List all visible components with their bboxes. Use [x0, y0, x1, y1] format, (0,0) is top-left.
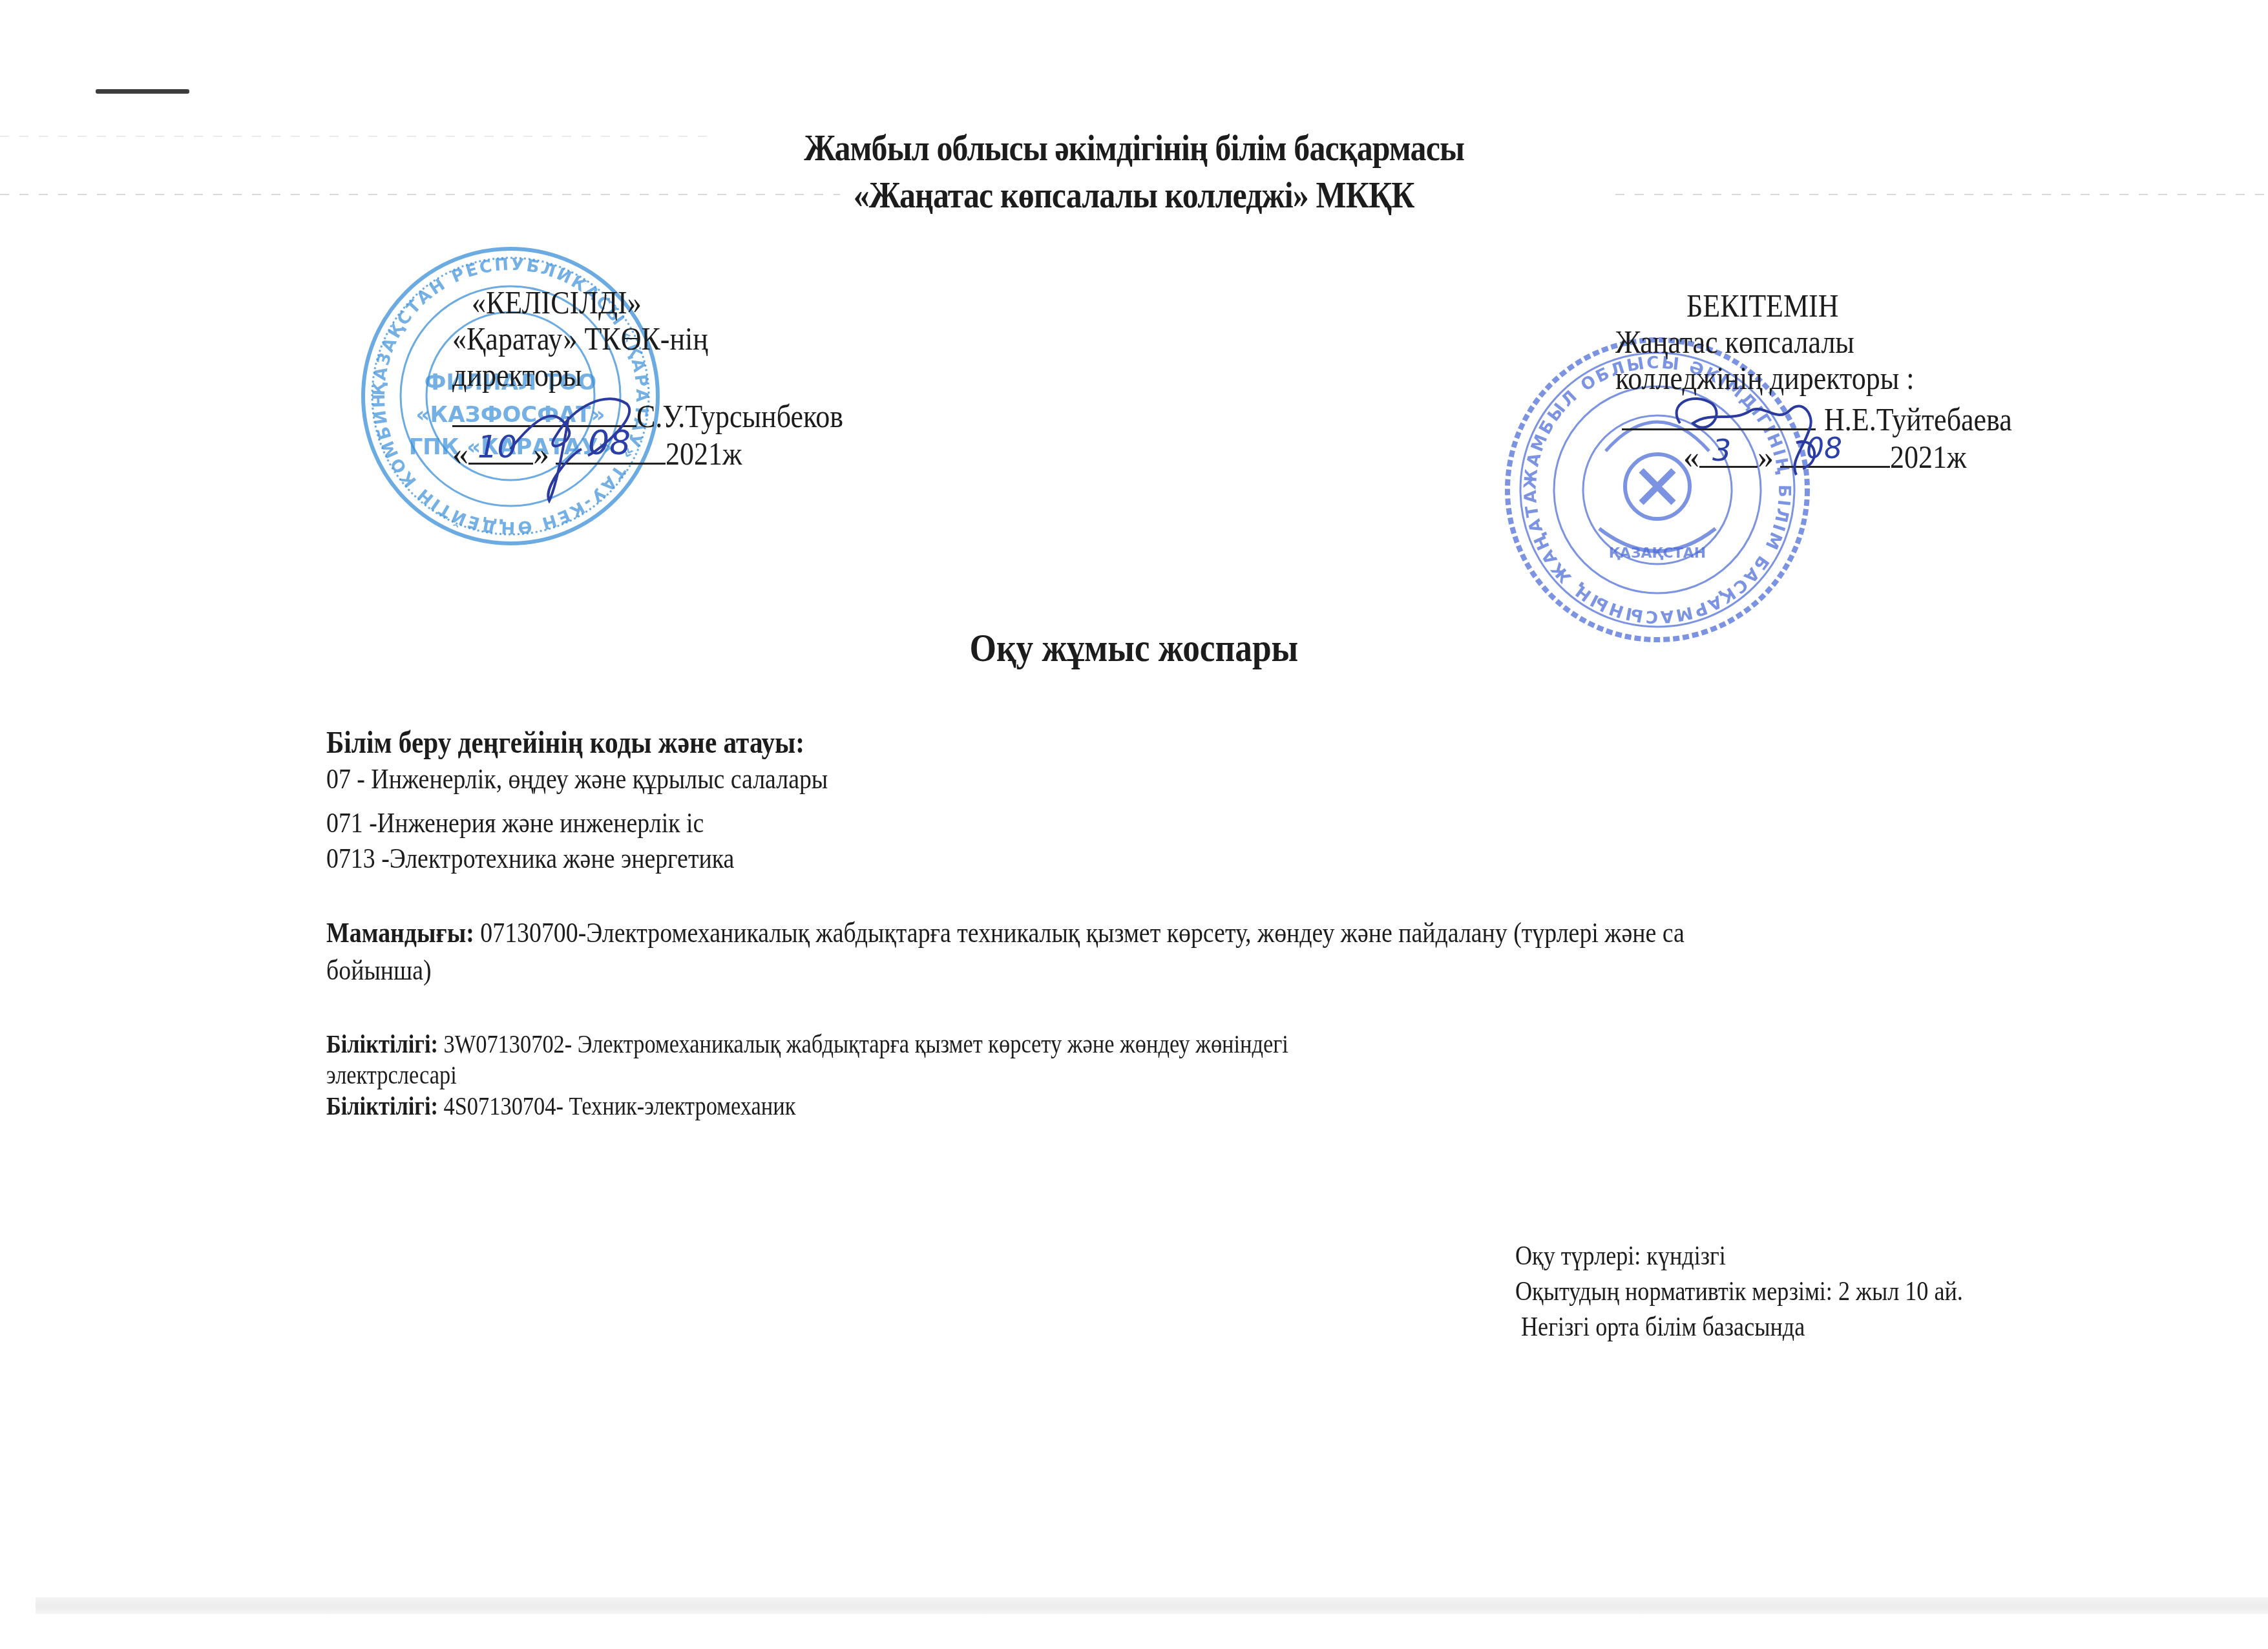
agreed-signatory-name: С.У.Турсынбеков [636, 398, 843, 434]
education-level-line: 0713 -Электротехника және энергетика [326, 842, 801, 875]
specialty-value-continued: бойынша) [326, 954, 432, 987]
header-line-1: Жамбыл облысы әкімдігінің білім басқарма… [804, 126, 1464, 169]
education-level-line-text: 0713 -Электротехника және энергетика [326, 842, 734, 875]
education-level-line-text: 07 - Инженерлік, өңдеу және құрылыс сала… [326, 762, 828, 795]
qualification-continued: электрслесарі [326, 1060, 478, 1090]
study-duration: Оқытудың нормативтік мерзімі: 2 жыл 10 а… [1515, 1276, 2036, 1307]
agreed-title: «КЕЛІСІЛДІ» [472, 284, 642, 320]
approved-org: Жаңатас көпсалалы [1615, 324, 1854, 360]
right-signature [1654, 384, 1848, 481]
education-level-line-text: 071 -Инженерия және инженерлік іс [326, 806, 704, 839]
qualification-value-continued: электрслесарі [326, 1060, 457, 1090]
date-open-quote: « [452, 436, 468, 472]
study-form: Оқу түрлері: күндізгі [1515, 1241, 1760, 1272]
agreed-org: «Қаратау» ТКӨК-нің [452, 320, 708, 357]
header-college: «Жаңатас көпсалалы колледжі» МКҚК [0, 173, 2268, 216]
qualification-label: Біліктілігі: [326, 1091, 438, 1120]
qualification-label: Біліктілігі: [326, 1029, 438, 1058]
scan-mark [96, 89, 189, 94]
specialty: Мамандығы: 07130700-Электромеханикалық ж… [326, 916, 1906, 949]
approved-signatory-name: Н.Е.Туйтебаева [1824, 401, 2012, 437]
education-level-line: 071 -Инженерия және инженерлік іс [326, 806, 765, 839]
specialty-continued: бойынша) [326, 954, 448, 987]
specialty-label: Мамандығы: [326, 917, 474, 949]
header-authority: Жамбыл облысы әкімдігінің білім басқарма… [0, 126, 2268, 169]
svg-text:ҚАЗАҚСТАН: ҚАЗАҚСТАН [1609, 545, 1706, 562]
document-title: Оқу жұмыс жоспары [0, 625, 2268, 671]
qualification: Біліктілігі: 3W07130702- Электромеханика… [326, 1029, 1445, 1059]
education-level-line: 07 - Инженерлік, өңдеу және құрылыс сала… [326, 762, 910, 795]
education-level-label-text: Білім беру деңгейінің коды және атауы: [326, 725, 804, 761]
education-level-label: Білім беру деңгейінің коды және атауы: [326, 725, 883, 761]
specialty-value: 07130700-Электромеханикалық жабдықтарға … [474, 917, 1685, 949]
study-duration-text: Оқытудың нормативтік мерзімі: 2 жыл 10 а… [1515, 1276, 1963, 1307]
study-form-text: Оқу түрлері: күндізгі [1515, 1241, 1726, 1272]
study-base-text: Негізгі орта білім базасында [1515, 1312, 1805, 1343]
document-title-text: Оқу жұмыс жоспары [970, 625, 1299, 671]
study-base: Негізгі орта білім базасында [1515, 1312, 1852, 1343]
header-line-2: «Жаңатас көпсалалы колледжі» МКҚК [854, 173, 1414, 216]
left-signature [498, 378, 653, 507]
qualification: Біліктілігі: 4S07130704- Техник-электром… [326, 1091, 872, 1121]
approved-title: БЕКІТЕМІН [1686, 288, 1838, 324]
qualification-value: 3W07130702- Электромеханикалық жабдықтар… [438, 1029, 1288, 1058]
scan-edge [36, 1597, 2268, 1614]
agreed-date-year: 2021ж [666, 436, 742, 472]
qualification-value: 4S07130704- Техник-электромеханик [438, 1091, 795, 1120]
approved-date-year: 2021ж [1890, 439, 1966, 475]
